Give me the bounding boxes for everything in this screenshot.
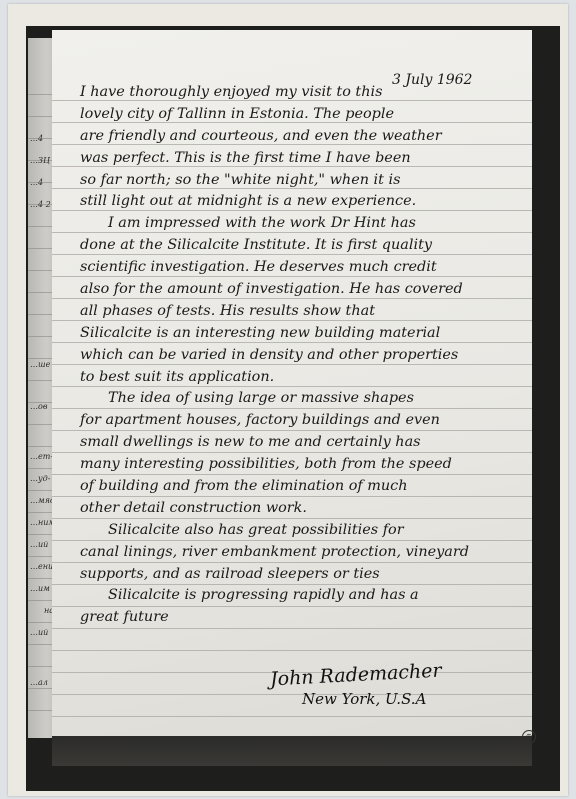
letter-page: 3 July 1962 I have thoroughly enjoyed my… xyxy=(52,30,532,736)
facing-note: …уд- xyxy=(30,474,50,483)
letter-line: scientific investigation. He deserves mu… xyxy=(80,257,525,279)
facing-note: …4 xyxy=(30,178,43,187)
letter-line: are friendly and courteous, and even the… xyxy=(80,126,525,148)
letter-line: which can be varied in density and other… xyxy=(80,345,525,367)
letter-line: so far north; so the "white night," when… xyxy=(80,170,525,192)
signature: John Rademacher xyxy=(270,660,443,691)
facing-note: …ше xyxy=(30,360,50,369)
facing-note: …ов xyxy=(30,402,47,411)
photo-print: …4 …ЗЦ …4 …4 2 …ше …ов …ет- …уд- …мяд, …… xyxy=(8,4,568,796)
facing-note: …4 xyxy=(30,134,43,143)
signature-place: New York, U.S.A xyxy=(302,690,426,708)
letter-line: lovely city of Tallinn in Estonia. The p… xyxy=(80,104,525,126)
facing-note: …ий xyxy=(30,540,48,549)
letter-line: all phases of tests. His results show th… xyxy=(80,301,525,323)
photo-bottom-shadow xyxy=(52,736,532,766)
letter-line: Silicalcite also has great possibilities… xyxy=(80,520,525,542)
letter-line: for apartment houses, factory buildings … xyxy=(80,410,525,432)
facing-note: …ЗЦ xyxy=(30,156,50,165)
letter-line: Silicalcite is an interesting new buildi… xyxy=(80,323,525,345)
letter-line: I have thoroughly enjoyed my visit to th… xyxy=(80,82,525,104)
letter-line: many interesting possibilities, both fro… xyxy=(80,454,525,476)
letter-line: to best suit its application. xyxy=(80,367,525,389)
facing-note: …им xyxy=(30,584,50,593)
letter-body: I have thoroughly enjoyed my visit to th… xyxy=(80,82,525,629)
letter-line: supports, and as railroad sleepers or ti… xyxy=(80,564,525,586)
letter-line: canal linings, river embankment protecti… xyxy=(80,542,525,564)
letter-line: still light out at midnight is a new exp… xyxy=(80,191,525,213)
letter-line: other detail construction work. xyxy=(80,498,525,520)
letter-line: also for the amount of investigation. He… xyxy=(80,279,525,301)
letter-line: small dwellings is new to me and certain… xyxy=(80,432,525,454)
letter-line: great future xyxy=(80,607,525,629)
letter-line: was perfect. This is the first time I ha… xyxy=(80,148,525,170)
facing-note: …ий xyxy=(30,628,48,637)
letter-line: Silicalcite is progressing rapidly and h… xyxy=(80,585,525,607)
facing-note: …ал xyxy=(30,678,48,687)
facing-note: …4 2 xyxy=(30,200,51,209)
facing-note: …ет- xyxy=(30,452,53,461)
letter-line: of building and from the elimination of … xyxy=(80,476,525,498)
letter-line: done at the Silicalcite Institute. It is… xyxy=(80,235,525,257)
letter-line: The idea of using large or massive shape… xyxy=(80,388,525,410)
letter-line: I am impressed with the work Dr Hint has xyxy=(80,213,525,235)
